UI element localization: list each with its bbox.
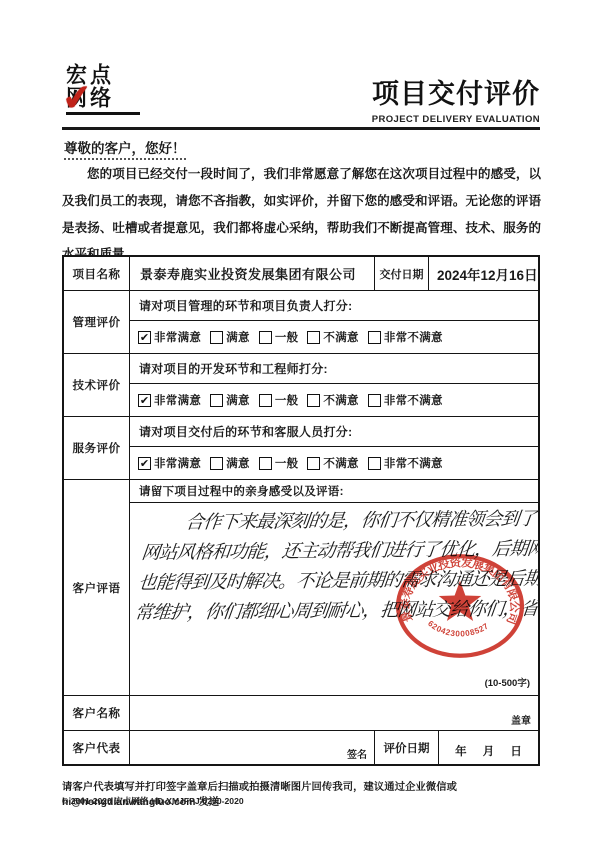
option-label: 非常满意 bbox=[154, 392, 201, 408]
option-label: 不满意 bbox=[323, 329, 358, 345]
option-label: 非常满意 bbox=[154, 455, 201, 471]
company-seal-stamp: 景泰寿鹿实业投资发展集团有限公司 6204230008527 bbox=[394, 553, 526, 659]
option-label: 一般 bbox=[275, 329, 299, 345]
seal-hint: 盖章 bbox=[511, 712, 531, 727]
customer-name-label: 客户名称 bbox=[64, 696, 130, 730]
checkbox-technical-very-satisfied[interactable]: ✔ bbox=[138, 394, 151, 407]
evaluation-table: 项目名称 景泰寿鹿实业投资发展集团有限公司 交付日期 2024年12月16日 管… bbox=[62, 255, 540, 766]
table-row-technical-rating: 技术评价 请对项目的开发环节和工程师打分: ✔ 非常满意 满意 一般 不满意 非… bbox=[64, 353, 538, 416]
table-row-customer-rep: 客户代表 签名 评价日期 年 月 日 bbox=[64, 730, 538, 764]
signature-field[interactable]: 签名 bbox=[130, 731, 374, 764]
seal-serial-number: 6204230008527 bbox=[426, 619, 491, 639]
management-rating-options: ✔ 非常满意 满意 一般 不满意 非常不满意 bbox=[130, 321, 538, 353]
eval-date-field[interactable]: 年 月 日 bbox=[438, 731, 538, 764]
option-label: 满意 bbox=[226, 392, 250, 408]
checkbox-management-neutral[interactable] bbox=[259, 331, 272, 344]
checkbox-technical-unsatisfied[interactable] bbox=[307, 394, 320, 407]
option-label: 不满意 bbox=[323, 455, 358, 471]
checkbox-management-very-unsatisfied[interactable] bbox=[368, 331, 381, 344]
day-label: 日 bbox=[510, 743, 522, 759]
management-rating-label: 管理评价 bbox=[64, 291, 130, 353]
option-label: 非常不满意 bbox=[384, 392, 443, 408]
checkbox-technical-neutral[interactable] bbox=[259, 394, 272, 407]
customer-comment-question: 请留下项目过程中的亲身感受以及评语: bbox=[130, 480, 538, 503]
management-rating-question: 请对项目管理的环节和项目负责人打分: bbox=[130, 291, 538, 321]
option-label: 满意 bbox=[226, 455, 250, 471]
checkbox-management-satisfied[interactable] bbox=[210, 331, 223, 344]
eval-date-label: 评价日期 bbox=[374, 731, 438, 764]
checkbox-management-very-satisfied[interactable]: ✔ bbox=[138, 331, 151, 344]
table-row-customer-comment: 客户评语 请留下项目过程中的亲身感受以及评语: 合作下来最深刻的是，你们不仅精准… bbox=[64, 479, 538, 695]
seal-star bbox=[439, 581, 481, 621]
table-row-service-rating: 服务评价 请对项目交付后的环节和客服人员打分: ✔ 非常满意 满意 一般 不满意… bbox=[64, 416, 538, 479]
page-subtitle: PROJECT DELIVERY EVALUATION bbox=[372, 114, 540, 125]
checkbox-service-unsatisfied[interactable] bbox=[307, 457, 320, 470]
customer-comment-label: 客户评语 bbox=[64, 480, 130, 695]
technical-rating-label: 技术评价 bbox=[64, 354, 130, 416]
table-row-customer-name: 客户名称 盖章 bbox=[64, 695, 538, 730]
project-name-value: 景泰寿鹿实业投资发展集团有限公司 bbox=[130, 257, 374, 290]
service-rating-label: 服务评价 bbox=[64, 417, 130, 479]
service-rating-options: ✔ 非常满意 满意 一般 不满意 非常不满意 bbox=[130, 447, 538, 479]
delivery-date-label: 交付日期 bbox=[374, 257, 428, 290]
year-label: 年 bbox=[455, 743, 467, 759]
checkbox-service-satisfied[interactable] bbox=[210, 457, 223, 470]
char-limit-note: (10-500字) bbox=[485, 675, 530, 689]
checkbox-technical-very-unsatisfied[interactable] bbox=[368, 394, 381, 407]
customer-rep-label: 客户代表 bbox=[64, 731, 130, 764]
company-logo: 宏点 网络 ✔ bbox=[66, 64, 156, 122]
copyright-line: © 2001-2020 宏点网络.HD-XMJFPJ-0200-2020 bbox=[62, 795, 244, 807]
checkbox-service-neutral[interactable] bbox=[259, 457, 272, 470]
delivery-date-value: 2024年12月16日 bbox=[428, 257, 538, 290]
table-row-project: 项目名称 景泰寿鹿实业投资发展集团有限公司 交付日期 2024年12月16日 bbox=[64, 257, 538, 290]
checkbox-technical-satisfied[interactable] bbox=[210, 394, 223, 407]
technical-rating-question: 请对项目的开发环节和工程师打分: bbox=[130, 354, 538, 384]
greeting-line: 尊敬的客户，您好！ bbox=[64, 137, 186, 157]
svg-text:6204230008527: 6204230008527 bbox=[426, 619, 491, 639]
option-label: 非常不满意 bbox=[384, 455, 443, 471]
handwritten-line: 合作下来最深刻的是，你们不仅精准领会到了我们想要的 bbox=[143, 505, 487, 539]
option-label: 非常不满意 bbox=[384, 329, 443, 345]
table-row-management-rating: 管理评价 请对项目管理的环节和项目负责人打分: ✔ 非常满意 满意 一般 不满意… bbox=[64, 290, 538, 353]
option-label: 一般 bbox=[275, 455, 299, 471]
checkbox-management-unsatisfied[interactable] bbox=[307, 331, 320, 344]
document-title-block: 项目交付评价 PROJECT DELIVERY EVALUATION bbox=[372, 72, 540, 125]
seal-icon: 景泰寿鹿实业投资发展集团有限公司 6204230008527 bbox=[394, 553, 526, 659]
option-label: 非常满意 bbox=[154, 329, 201, 345]
checkbox-service-very-unsatisfied[interactable] bbox=[368, 457, 381, 470]
option-label: 满意 bbox=[226, 329, 250, 345]
technical-rating-options: ✔ 非常满意 满意 一般 不满意 非常不满意 bbox=[130, 384, 538, 416]
option-label: 不满意 bbox=[323, 392, 358, 408]
logo-underline bbox=[66, 112, 140, 115]
comment-writing-area[interactable]: 合作下来最深刻的是，你们不仅精准领会到了我们想要的 网站风格和功能，还主动帮我们… bbox=[130, 503, 538, 695]
header-divider bbox=[62, 127, 540, 130]
option-label: 一般 bbox=[275, 392, 299, 408]
intro-paragraph: 您的项目已经交付一段时间了，我们非常愿意了解您在这次项目过程中的感受，以及我们员… bbox=[62, 161, 541, 268]
customer-name-field[interactable]: 盖章 bbox=[130, 696, 538, 730]
greeting-text: 尊敬的客户，您好！ bbox=[64, 141, 186, 160]
service-rating-question: 请对项目交付后的环节和客服人员打分: bbox=[130, 417, 538, 447]
page-title: 项目交付评价 bbox=[372, 72, 540, 111]
month-label: 月 bbox=[483, 743, 495, 759]
project-name-label: 项目名称 bbox=[64, 257, 130, 290]
checkbox-service-very-satisfied[interactable]: ✔ bbox=[138, 457, 151, 470]
evaluation-form-page: 宏点 网络 ✔ 项目交付评价 PROJECT DELIVERY EVALUATI… bbox=[0, 0, 600, 846]
signature-hint: 签名 bbox=[347, 746, 367, 761]
